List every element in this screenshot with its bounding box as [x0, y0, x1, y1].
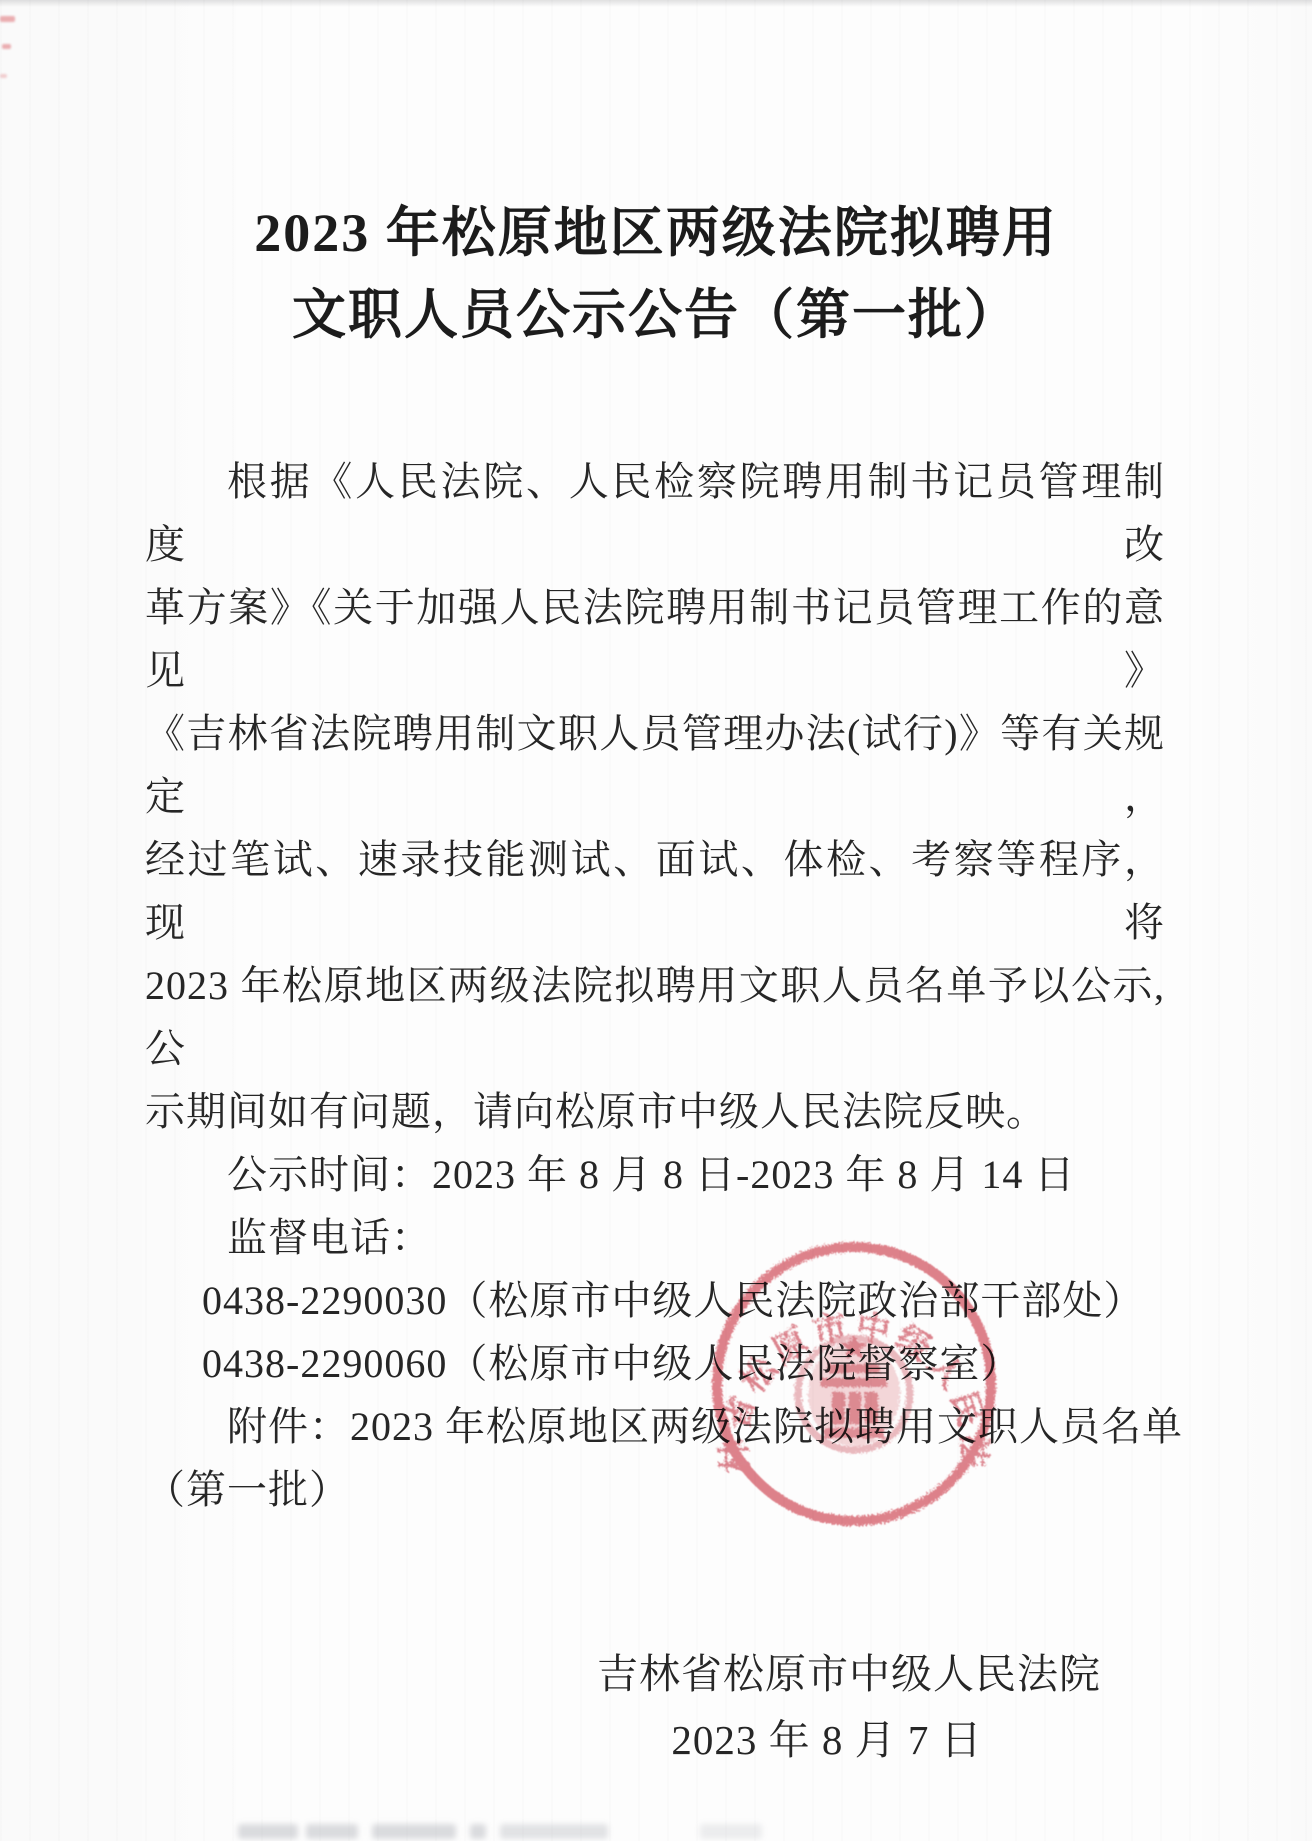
scan-red-artifact — [0, 74, 7, 78]
scan-smudge — [372, 1824, 456, 1839]
publicity-period-line: 公示时间：2023 年 8 月 8 日-2023 年 8 月 14 日 — [145, 1143, 1165, 1206]
signature-organization: 吉林省松原市中级人民法院 — [597, 1643, 1057, 1705]
title-line-1: 2023 年松原地区两级法院拟聘用 — [0, 192, 1312, 274]
page-bottom-artifacts — [0, 1820, 1312, 1841]
body-line-4: 经过笔试、速录技能测试、面试、体检、考察等程序，现将 — [145, 828, 1165, 954]
scan-smudge — [700, 1824, 762, 1839]
signature-date: 2023 年 8 月 7 日 — [597, 1709, 1057, 1771]
body-line-2: 革方案》《关于加强人民法院聘用制书记员管理工作的意见》 — [145, 576, 1165, 702]
phone-line-1: 0438-2290030（松原市中级人民法院政治部干部处） — [145, 1269, 1165, 1332]
title-line-2: 文职人员公示公告（第一批） — [0, 274, 1312, 356]
scan-smudge — [238, 1824, 298, 1839]
scan-smudge — [500, 1824, 608, 1839]
body-line-6: 示期间如有问题，请向松原市中级人民法院反映。 — [145, 1080, 1165, 1143]
attachment-line-2: （第一批） — [145, 1458, 1165, 1521]
scan-smudge — [470, 1824, 486, 1839]
supervision-phone-label: 监督电话： — [145, 1206, 1165, 1269]
scanned-document-page: 2023 年松原地区两级法院拟聘用 文职人员公示公告（第一批） 根据《人民法院、… — [0, 0, 1312, 1841]
signature-block: 吉林省松原市中级人民法院 2023 年 8 月 7 日 — [597, 1643, 1057, 1771]
phone-line-2: 0438-2290060（松原市中级人民法院督察室） — [145, 1332, 1165, 1395]
scan-red-artifact — [0, 16, 15, 22]
scan-smudge — [306, 1824, 358, 1839]
body-line-1: 根据《人民法院、人民检察院聘用制书记员管理制度改 — [145, 450, 1165, 576]
body-line-3: 《吉林省法院聘用制文职人员管理办法(试行)》等有关规定， — [145, 702, 1165, 828]
scan-red-artifact — [2, 44, 11, 49]
attachment-line: 附件：2023 年松原地区两级法院拟聘用文职人员名单 — [145, 1395, 1165, 1458]
document-body: 根据《人民法院、人民检察院聘用制书记员管理制度改 革方案》《关于加强人民法院聘用… — [145, 450, 1165, 1521]
body-line-5: 2023 年松原地区两级法院拟聘用文职人员名单予以公示, 公 — [145, 954, 1165, 1080]
document-title: 2023 年松原地区两级法院拟聘用 文职人员公示公告（第一批） — [0, 0, 1312, 356]
